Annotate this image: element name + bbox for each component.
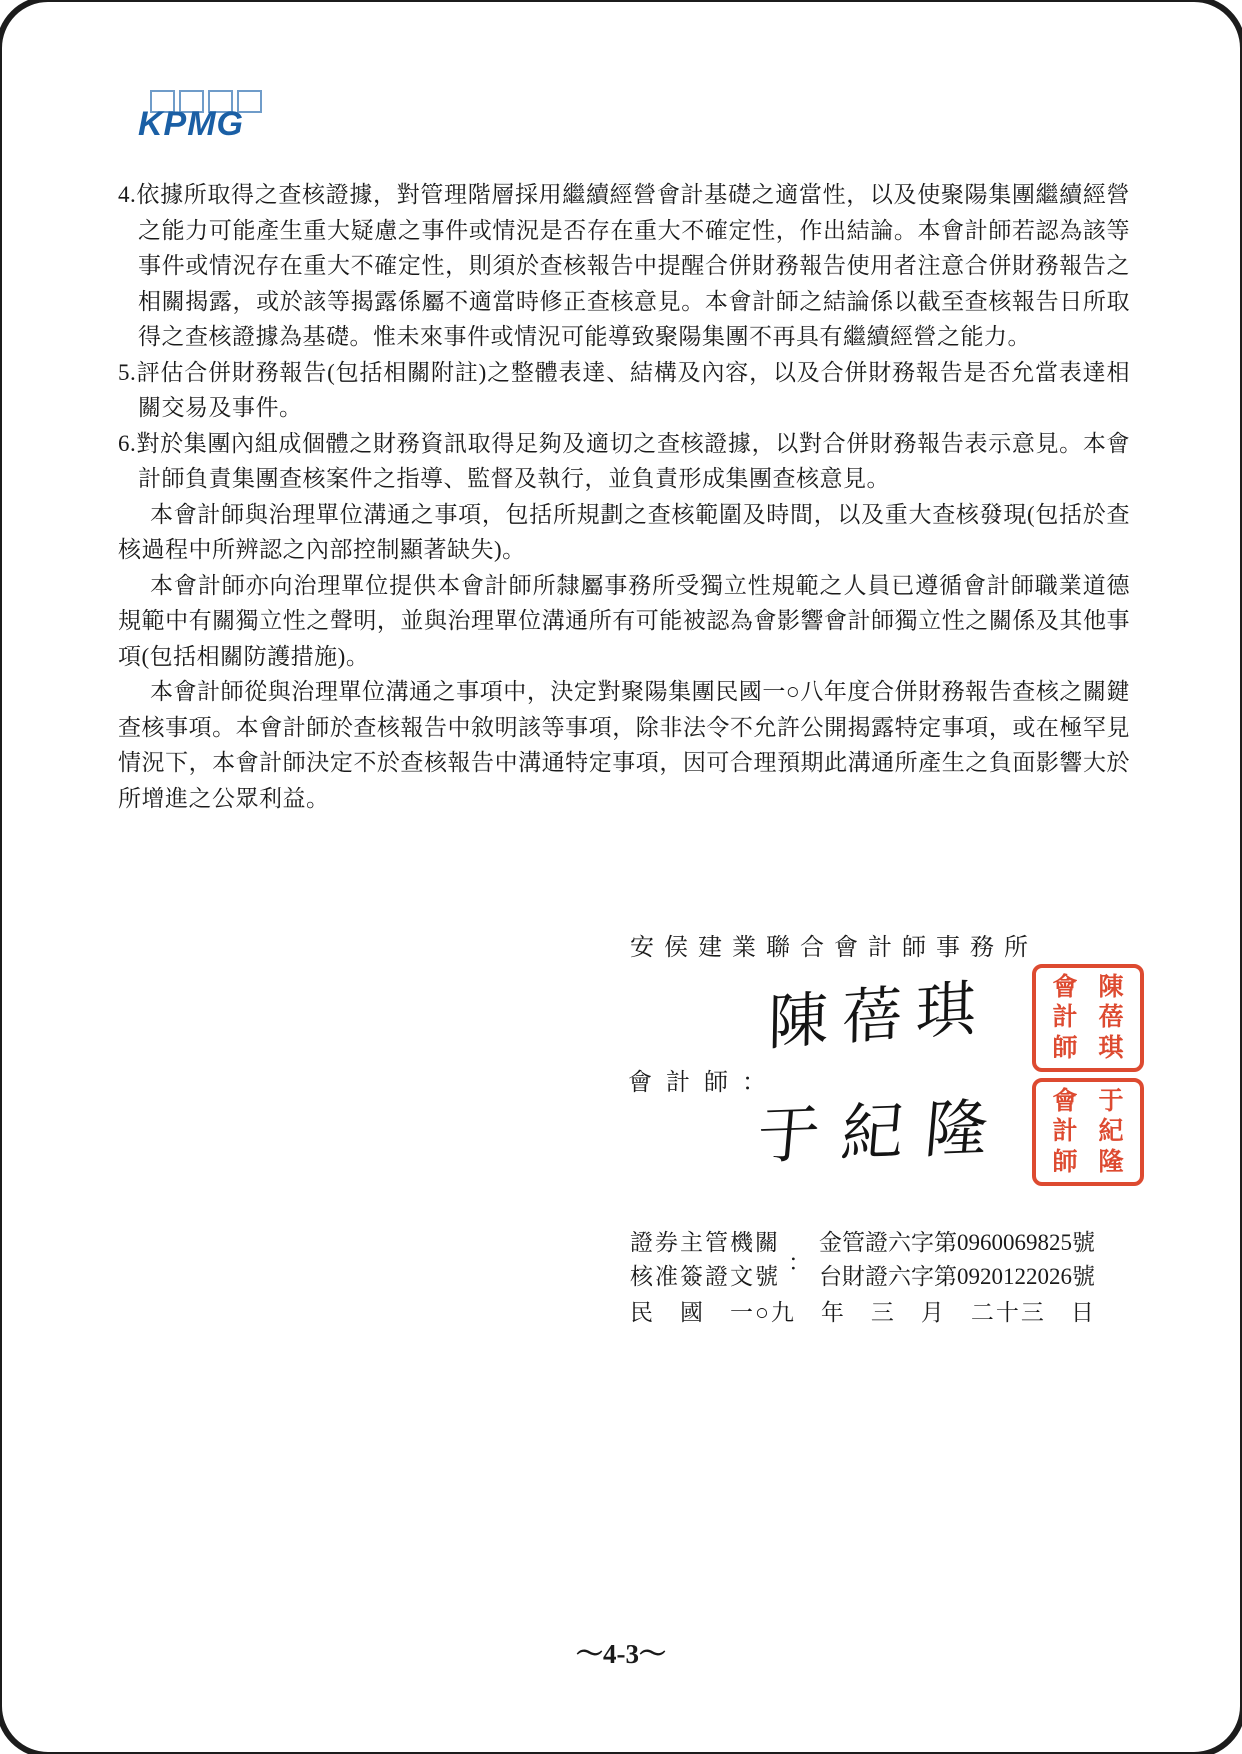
paragraph-independence-statement: 本會計師亦向治理單位提供本會計師所隸屬事務所受獨立性規範之人員已遵循會計師職業道… (118, 568, 1130, 675)
page-number: ～4-3～ (0, 1632, 1242, 1671)
audit-report-page: KPMG 4.依據所取得之查核證據，對管理階層採用繼續經營會計基礎之適當性，以及… (0, 0, 1242, 1754)
item-text: 依據所取得之查核證據，對管理階層採用繼續經營會計基礎之適當性，以及使聚陽集團繼續… (136, 182, 1130, 349)
firm-name: 安侯建業聯合會計師事務所 (630, 927, 1038, 962)
item-text: 評估合併財務報告(包括相關附註)之整體表達、結構及內容，以及合併財務報告是否允當… (136, 360, 1130, 421)
report-date: 民 國 一○九 年 三 月 二十三 日 (630, 1294, 1096, 1327)
paragraph-key-audit-matters: 本會計師從與治理單位溝通之事項中，決定對聚陽集團民國一○八年度合併財務報告查核之… (118, 674, 1130, 816)
item-number: 4. (118, 182, 136, 207)
approval-labels: 證券主管機關 核准簽證文號 (630, 1226, 780, 1294)
item-text: 對於集團內組成個體之財務資訊取得足夠及適切之查核證據，以對合併財務報告表示意見。… (136, 431, 1130, 492)
numbered-item-4: 4.依據所取得之查核證據，對管理階層採用繼續經營會計基礎之適當性，以及使聚陽集團… (118, 177, 1130, 355)
signature-yu-chi-lung: 于紀隆 (754, 1077, 1014, 1175)
approval-label-line2: 核准簽證文號 (630, 1260, 780, 1294)
kpmg-logo: KPMG (138, 90, 262, 144)
approval-block: 證券主管機關 核准簽證文號 ： 金管證六字第0960069825號 台財證六字第… (630, 1226, 1095, 1294)
red-seal-chen-icon: 陳 蓓 琪 會 計 師 (1032, 964, 1144, 1072)
item-number: 6. (118, 431, 136, 456)
approval-numbers: 金管證六字第0960069825號 台財證六字第0920122026號 (819, 1226, 1095, 1294)
accountant-label: 會計師： (628, 1062, 780, 1097)
approval-number-line1: 金管證六字第0960069825號 (819, 1226, 1095, 1260)
kpmg-logo-text: KPMG (138, 105, 262, 144)
numbered-item-6: 6.對於集團內組成個體之財務資訊取得足夠及適切之查核證據，以對合併財務報告表示意… (118, 426, 1130, 497)
signature-chen-pei-chi: 陳蓓琪 (768, 960, 991, 1062)
numbered-item-5: 5.評估合併財務報告(包括相關附註)之整體表達、結構及內容，以及合併財務報告是否… (118, 355, 1130, 426)
approval-label-line1: 證券主管機關 (630, 1226, 780, 1260)
approval-number-line2: 台財證六字第0920122026號 (819, 1260, 1095, 1294)
report-body: 4.依據所取得之查核證據，對管理階層採用繼續經營會計基礎之適當性，以及使聚陽集團… (118, 177, 1130, 816)
item-number: 5. (118, 360, 136, 385)
paragraph-governance-communication: 本會計師與治理單位溝通之事項，包括所規劃之查核範圍及時間，以及重大查核發現(包括… (118, 497, 1130, 568)
red-seal-yu-icon: 于 紀 隆 會 計 師 (1032, 1078, 1144, 1186)
approval-colon: ： (786, 1244, 813, 1277)
